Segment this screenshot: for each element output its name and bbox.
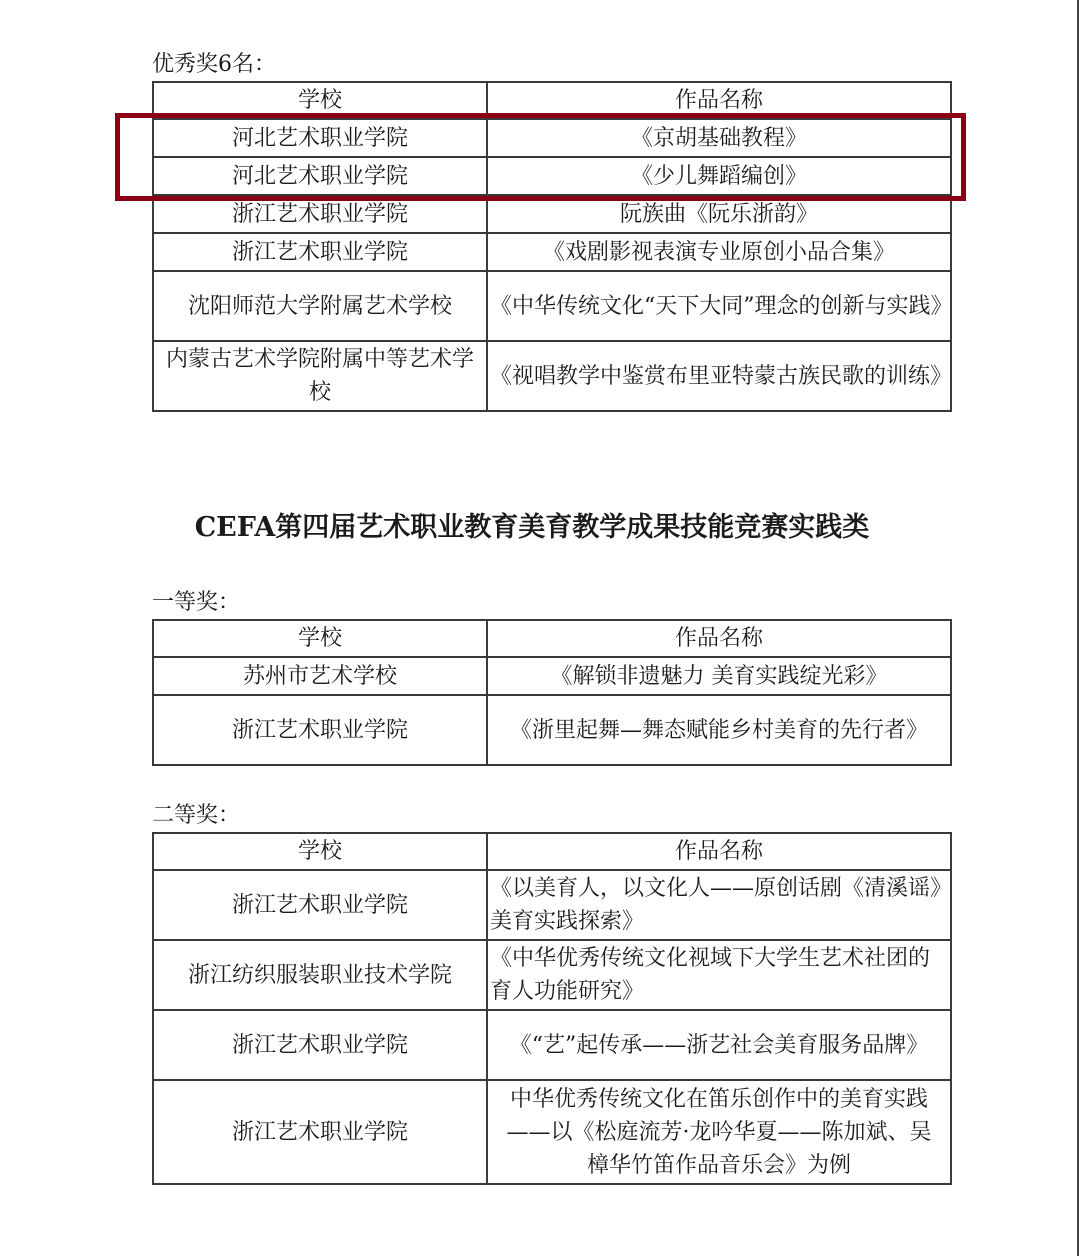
header-work-title: 作品名称 bbox=[487, 82, 951, 119]
school-cell: 浙江艺术职业学院 bbox=[153, 695, 487, 765]
school-cell: 苏州市艺术学校 bbox=[153, 657, 487, 695]
practice-category-heading: CEFA第四届艺术职业教育美育教学成果技能竞赛实践类 bbox=[0, 508, 1080, 548]
school-cell: 浙江纺织服装职业技术学院 bbox=[153, 940, 487, 1010]
table-row: 浙江艺术职业学院 《戏剧影视表演专业原创小品合集》 bbox=[153, 233, 951, 271]
school-cell: 内蒙古艺术学院附属中等艺术学校 bbox=[153, 341, 487, 411]
school-cell: 浙江艺术职业学院 bbox=[153, 1010, 487, 1080]
work-cell: 《中华传统文化“天下大同”理念的创新与实践》 bbox=[487, 271, 951, 341]
table-row: 浙江艺术职业学院 《以美育人，以文化人——原创话剧《清溪谣》美育实践探索》 bbox=[153, 870, 951, 940]
page-edge-divider bbox=[1077, 0, 1079, 1256]
work-cell: 《以美育人，以文化人——原创话剧《清溪谣》美育实践探索》 bbox=[487, 870, 951, 940]
school-cell: 河北艺术职业学院 bbox=[153, 119, 487, 157]
table-row: 河北艺术职业学院 《京胡基础教程》 bbox=[153, 119, 951, 157]
work-cell: 中华优秀传统文化在笛乐创作中的美育实践——以《松庭流芳·龙吟华夏——陈加斌、吴樟… bbox=[487, 1080, 951, 1184]
work-cell: 《“艺”起传承——浙艺社会美育服务品牌》 bbox=[487, 1010, 951, 1080]
table-row: 河北艺术职业学院 《少儿舞蹈编创》 bbox=[153, 157, 951, 195]
first-prize-table: 学校 作品名称 苏州市艺术学校 《解锁非遗魅力 美育实践绽光彩》 浙江艺术职业学… bbox=[152, 619, 952, 766]
table-row: 浙江艺术职业学院 《“艺”起传承——浙艺社会美育服务品牌》 bbox=[153, 1010, 951, 1080]
table-row: 浙江艺术职业学院 《浙里起舞—舞态赋能乡村美育的先行者》 bbox=[153, 695, 951, 765]
work-cell: 《视唱教学中鉴赏布里亚特蒙古族民歌的训练》 bbox=[487, 341, 951, 411]
work-cell: 《解锁非遗魅力 美育实践绽光彩》 bbox=[487, 657, 951, 695]
second-prize-table: 学校 作品名称 浙江艺术职业学院 《以美育人，以文化人——原创话剧《清溪谣》美育… bbox=[152, 832, 952, 1185]
heading-text: CEFA第四届艺术职业教育美育教学成果技能竞赛实践类 bbox=[195, 508, 870, 548]
school-cell: 沈阳师范大学附属艺术学校 bbox=[153, 271, 487, 341]
table-row: 沈阳师范大学附属艺术学校 《中华传统文化“天下大同”理念的创新与实践》 bbox=[153, 271, 951, 341]
work-cell: 《戏剧影视表演专业原创小品合集》 bbox=[487, 233, 951, 271]
table-row: 浙江艺术职业学院 中华优秀传统文化在笛乐创作中的美育实践——以《松庭流芳·龙吟华… bbox=[153, 1080, 951, 1184]
work-cell: 《京胡基础教程》 bbox=[487, 119, 951, 157]
header-work-title: 作品名称 bbox=[487, 620, 951, 657]
school-cell: 河北艺术职业学院 bbox=[153, 157, 487, 195]
header-school: 学校 bbox=[153, 833, 487, 870]
school-cell: 浙江艺术职业学院 bbox=[153, 233, 487, 271]
work-cell: 《少儿舞蹈编创》 bbox=[487, 157, 951, 195]
table-header-row: 学校 作品名称 bbox=[153, 833, 951, 870]
work-cell: 阮族曲《阮乐浙韵》 bbox=[487, 195, 951, 233]
school-cell: 浙江艺术职业学院 bbox=[153, 195, 487, 233]
excellence-award-label: 优秀奖6名： bbox=[152, 52, 276, 78]
table-header-row: 学校 作品名称 bbox=[153, 620, 951, 657]
table-row: 内蒙古艺术学院附属中等艺术学校 《视唱教学中鉴赏布里亚特蒙古族民歌的训练》 bbox=[153, 341, 951, 411]
header-school: 学校 bbox=[153, 620, 487, 657]
work-cell: 《浙里起舞—舞态赋能乡村美育的先行者》 bbox=[487, 695, 951, 765]
school-cell: 浙江艺术职业学院 bbox=[153, 1080, 487, 1184]
school-cell: 浙江艺术职业学院 bbox=[153, 870, 487, 940]
excellence-award-table: 学校 作品名称 河北艺术职业学院 《京胡基础教程》 河北艺术职业学院 《少儿舞蹈… bbox=[152, 81, 952, 412]
first-prize-label: 一等奖： bbox=[152, 590, 240, 616]
header-school: 学校 bbox=[153, 82, 487, 119]
work-cell: 《中华优秀传统文化视域下大学生艺术社团的育人功能研究》 bbox=[487, 940, 951, 1010]
table-row: 浙江艺术职业学院 阮族曲《阮乐浙韵》 bbox=[153, 195, 951, 233]
second-prize-label: 二等奖： bbox=[152, 803, 240, 829]
table-header-row: 学校 作品名称 bbox=[153, 82, 951, 119]
table-row: 苏州市艺术学校 《解锁非遗魅力 美育实践绽光彩》 bbox=[153, 657, 951, 695]
header-work-title: 作品名称 bbox=[487, 833, 951, 870]
table-row: 浙江纺织服装职业技术学院 《中华优秀传统文化视域下大学生艺术社团的育人功能研究》 bbox=[153, 940, 951, 1010]
